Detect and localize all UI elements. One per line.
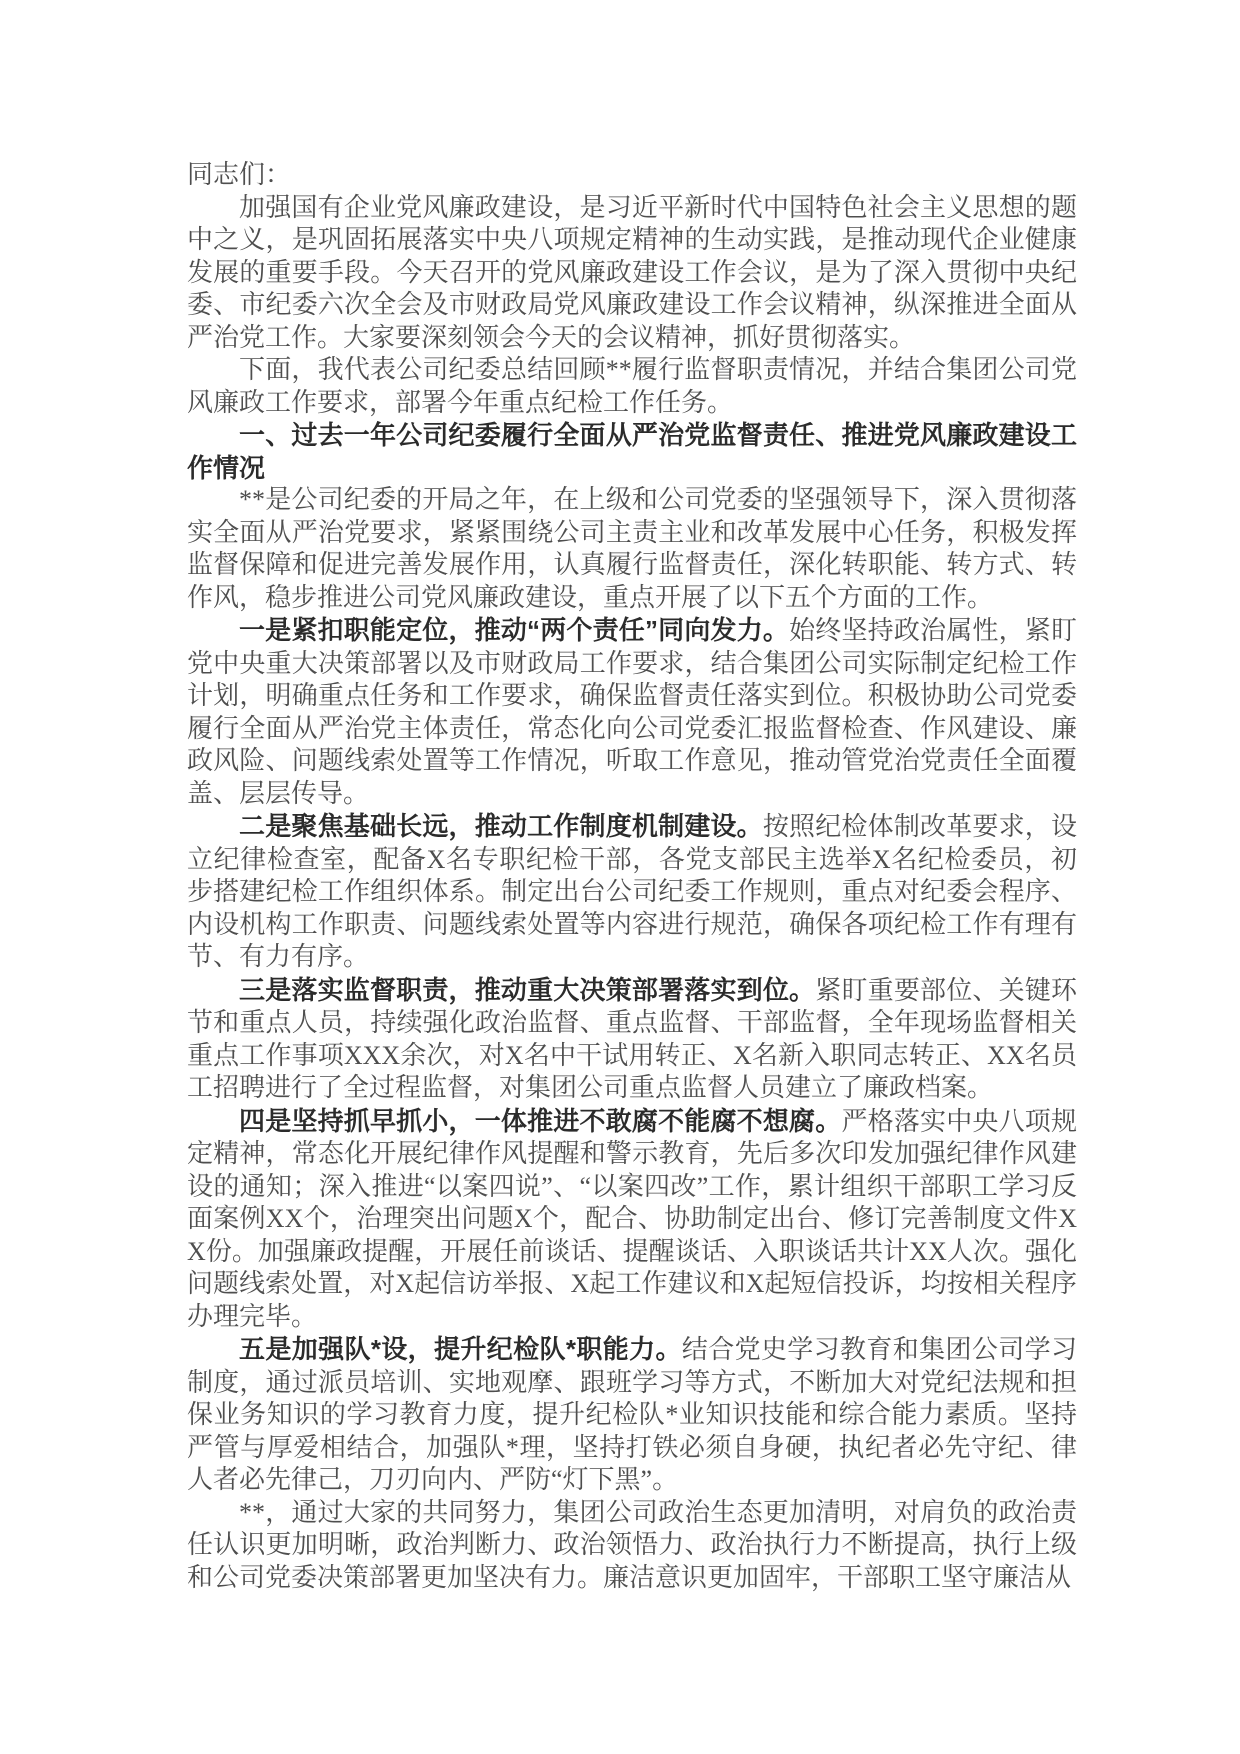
paragraph-point-2: 二是聚焦基础长远，推动工作制度机制建设。按照纪检体制改革要求，设立纪律检查室，配… [187, 810, 1077, 974]
point-1-lead: 一是紧扣职能定位，推动“两个责任”同向发力。 [239, 615, 789, 645]
paragraph-point-1: 一是紧扣职能定位，推动“两个责任”同向发力。始终坚持政治属性，紧盯党中央重大决策… [187, 614, 1077, 810]
paragraph-opening: 加强国有企业党风廉政建设，是习近平新时代中国特色社会主义思想的题中之义，是巩固拓… [187, 192, 1077, 355]
point-4-lead: 四是坚持抓早抓小，一体推进不敢腐不能腐不想腐。 [239, 1106, 841, 1136]
paragraph-transition: 下面，我代表公司纪委总结回顾**履行监督职责情况，并结合集团公司党风廉政工作要求… [187, 354, 1077, 419]
paragraph-point-3: 三是落实监督职责，推动重大决策部署落实到位。紧盯重要部位、关键环节和重点人员，持… [187, 974, 1077, 1105]
point-5-lead: 五是加强队*设，提升纪检队*职能力。 [239, 1334, 682, 1364]
paragraph-year-overview: **是公司纪委的开局之年，在上级和公司党委的坚强领导下，深入贯彻落实全面从严治党… [187, 484, 1077, 614]
document-page: 同志们： 加强国有企业党风廉政建设，是习近平新时代中国特色社会主义思想的题中之义… [187, 159, 1077, 1594]
point-2-lead: 二是聚焦基础长远，推动工作制度机制建设。 [239, 811, 763, 841]
section-1-heading: 一、过去一年公司纪委履行全面从严治党监督责任、推进党风廉政建设工作情况 [187, 419, 1077, 484]
paragraph-point-4: 四是坚持抓早抓小，一体推进不敢腐不能腐不想腐。严格落实中央八项规定精神，常态化开… [187, 1105, 1077, 1334]
point-3-lead: 三是落实监督职责，推动重大决策部署落实到位。 [239, 975, 815, 1005]
salutation-line: 同志们： [187, 159, 1077, 192]
paragraph-point-5: 五是加强队*设，提升纪检队*职能力。结合党史学习教育和集团公司学习制度，通过派员… [187, 1333, 1077, 1497]
point-4-body: 严格落实中央八项规定精神，常态化开展纪律作风提醒和警示教育，先后多次印发加强纪律… [187, 1107, 1077, 1331]
paragraph-summary: **，通过大家的共同努力，集团公司政治生态更加清明，对肩负的政治责任认识更加明晰… [187, 1497, 1077, 1595]
